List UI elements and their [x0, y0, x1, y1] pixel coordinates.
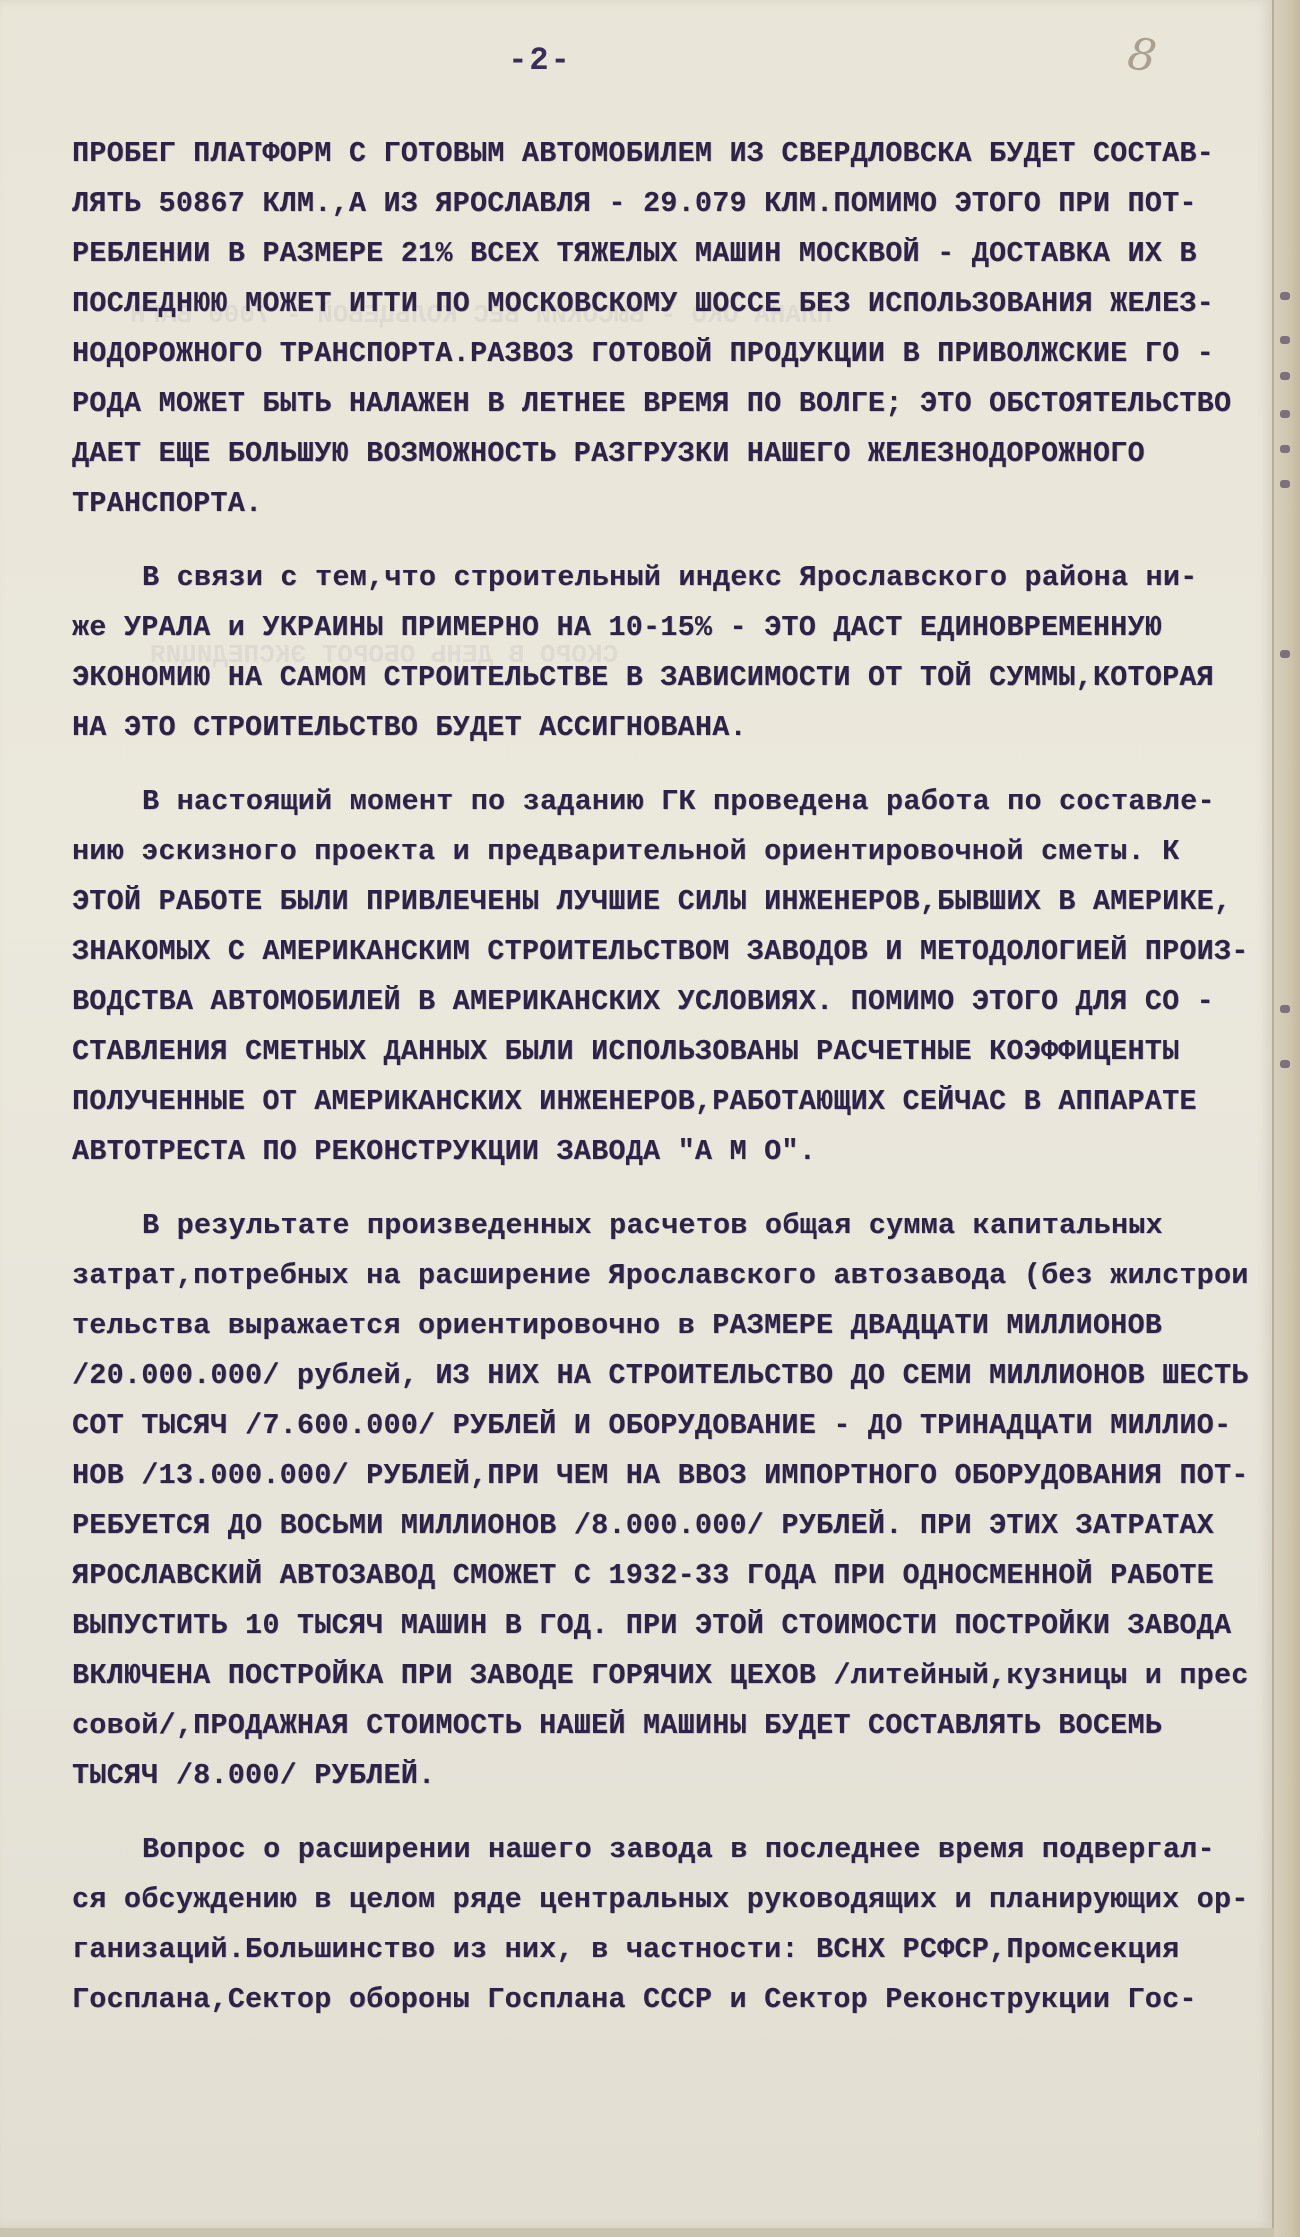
text-line: ЛЯТЬ 50867 КЛМ.,А ИЗ ЯРОСЛАВЛЯ - 29.079 …	[72, 190, 1252, 240]
text-line: ВЫПУСТИТЬ 10 ТЫСЯЧ МАШИН В ГОД. ПРИ ЭТОЙ…	[72, 1612, 1252, 1662]
text-line: СОТ ТЫСЯЧ /7.600.000/ РУБЛЕЙ И ОБОРУДОВА…	[72, 1412, 1252, 1462]
text-line: ЗНАКОМЫХ С АМЕРИКАНСКИМ СТРОИТЕЛЬСТВОМ З…	[72, 938, 1252, 988]
text-line: совой/,ПРОДАЖНАЯ СТОИМОСТЬ НАШЕЙ МАШИНЫ …	[72, 1712, 1252, 1762]
text-line: ЭТОЙ РАБОТЕ БЫЛИ ПРИВЛЕЧЕНЫ ЛУЧШИЕ СИЛЫ …	[72, 888, 1252, 938]
typewritten-body: ПРОБЕГ ПЛАТФОРМ С ГОТОВЫМ АВТОМОБИЛЕМ ИЗ…	[72, 140, 1252, 2036]
edge-ink-mark	[1280, 480, 1290, 488]
edge-ink-mark	[1280, 292, 1290, 300]
paragraph: ПРОБЕГ ПЛАТФОРМ С ГОТОВЫМ АВТОМОБИЛЕМ ИЗ…	[72, 140, 1252, 540]
text-line: РЕБУЕТСЯ ДО ВОСЬМИ МИЛЛИОНОВ /8.000.000/…	[72, 1512, 1252, 1562]
text-line: В настоящий момент по заданию ГК проведе…	[72, 788, 1252, 838]
text-line: НОДОРОЖНОГО ТРАНСПОРТА.РАЗВОЗ ГОТОВОЙ ПР…	[72, 340, 1252, 390]
text-line: нию эскизного проекта и предварительной …	[72, 838, 1252, 888]
text-line: Госплана,Сектор обороны Госплана СССР и …	[72, 1986, 1252, 2036]
text-line: НА ЭТО СТРОИТЕЛЬСТВО БУДЕТ АССИГНОВАНА.	[72, 714, 1252, 764]
text-line: Вопрос о расширении нашего завода в посл…	[72, 1836, 1252, 1886]
text-line: ТЫСЯЧ /8.000/ РУБЛЕЙ.	[72, 1762, 1252, 1812]
text-line: же УРАЛА и УКРАИНЫ ПРИМЕРНО НА 10-15% - …	[72, 614, 1252, 664]
text-line: ПРОБЕГ ПЛАТФОРМ С ГОТОВЫМ АВТОМОБИЛЕМ ИЗ…	[72, 140, 1252, 190]
paragraph: Вопрос о расширении нашего завода в посл…	[72, 1836, 1252, 2036]
text-line: СТАВЛЕНИЯ СМЕТНЫХ ДАННЫХ БЫЛИ ИСПОЛЬЗОВА…	[72, 1038, 1252, 1088]
text-line: В связи с тем,что строительный индекс Яр…	[72, 564, 1252, 614]
text-line: ЯРОСЛАВСКИЙ АВТОЗАВОД СМОЖЕТ С 1932-33 Г…	[72, 1562, 1252, 1612]
edge-ink-mark	[1280, 1060, 1290, 1068]
document-page: ПЛАНА ОКО - ВЫСОКИЙ ВЕС КОЛЬЦЕВОЙ - 7000…	[0, 0, 1274, 2228]
paragraph: В настоящий момент по заданию ГК проведе…	[72, 788, 1252, 1188]
text-line: ВКЛЮЧЕНА ПОСТРОЙКА ПРИ ЗАВОДЕ ГОРЯЧИХ ЦЕ…	[72, 1662, 1252, 1712]
handwritten-folio-number: 8	[1125, 28, 1160, 82]
edge-ink-mark	[1280, 650, 1290, 658]
text-line: ся обсуждению в целом ряде центральных р…	[72, 1886, 1252, 1936]
text-line: В результате произведенных расчетов обща…	[72, 1212, 1252, 1262]
edge-ink-mark	[1280, 1005, 1290, 1013]
text-line: НОВ /13.000.000/ РУБЛЕЙ,ПРИ ЧЕМ НА ВВОЗ …	[72, 1462, 1252, 1512]
page-number: -2-	[0, 42, 1080, 79]
text-line: затрат,потребных на расширение Ярославск…	[72, 1262, 1252, 1312]
edge-ink-mark	[1280, 372, 1290, 380]
text-line: РОДА МОЖЕТ БЫТЬ НАЛАЖЕН В ЛЕТНЕЕ ВРЕМЯ П…	[72, 390, 1252, 440]
text-line: ВОДСТВА АВТОМОБИЛЕЙ В АМЕРИКАНСКИХ УСЛОВ…	[72, 988, 1252, 1038]
text-line: РЕБЛЕНИИ В РАЗМЕРЕ 21% ВСЕХ ТЯЖЕЛЫХ МАШИ…	[72, 240, 1252, 290]
text-line: тельства выражается ориентировочно в РАЗ…	[72, 1312, 1252, 1362]
text-line: ПОЛУЧЕННЫЕ ОТ АМЕРИКАНСКИХ ИНЖЕНЕРОВ,РАБ…	[72, 1088, 1252, 1138]
text-line: ЭКОНОМИЮ НА САМОМ СТРОИТЕЛЬСТВЕ В ЗАВИСИ…	[72, 664, 1252, 714]
text-line: /20.000.000/ рублей, ИЗ НИХ НА СТРОИТЕЛЬ…	[72, 1362, 1252, 1412]
text-line: АВТОТРЕСТА ПО РЕКОНСТРУКЦИИ ЗАВОДА "А М …	[72, 1138, 1252, 1188]
paragraph: В связи с тем,что строительный индекс Яр…	[72, 564, 1252, 764]
edge-ink-mark	[1280, 445, 1290, 453]
text-line: ТРАНСПОРТА.	[72, 490, 1252, 540]
edge-ink-mark	[1280, 410, 1290, 418]
paragraph: В результате произведенных расчетов обща…	[72, 1212, 1252, 1812]
edge-ink-mark	[1280, 336, 1290, 344]
text-line: ПОСЛЕДНЮЮ МОЖЕТ ИТТИ ПО МОСКОВСКОМУ ШОСС…	[72, 290, 1252, 340]
text-line: ДАЕТ ЕЩЕ БОЛЬШУЮ ВОЗМОЖНОСТЬ РАЗГРУЗКИ Н…	[72, 440, 1252, 490]
text-line: ганизаций.Большинство из них, в частност…	[72, 1936, 1252, 1986]
